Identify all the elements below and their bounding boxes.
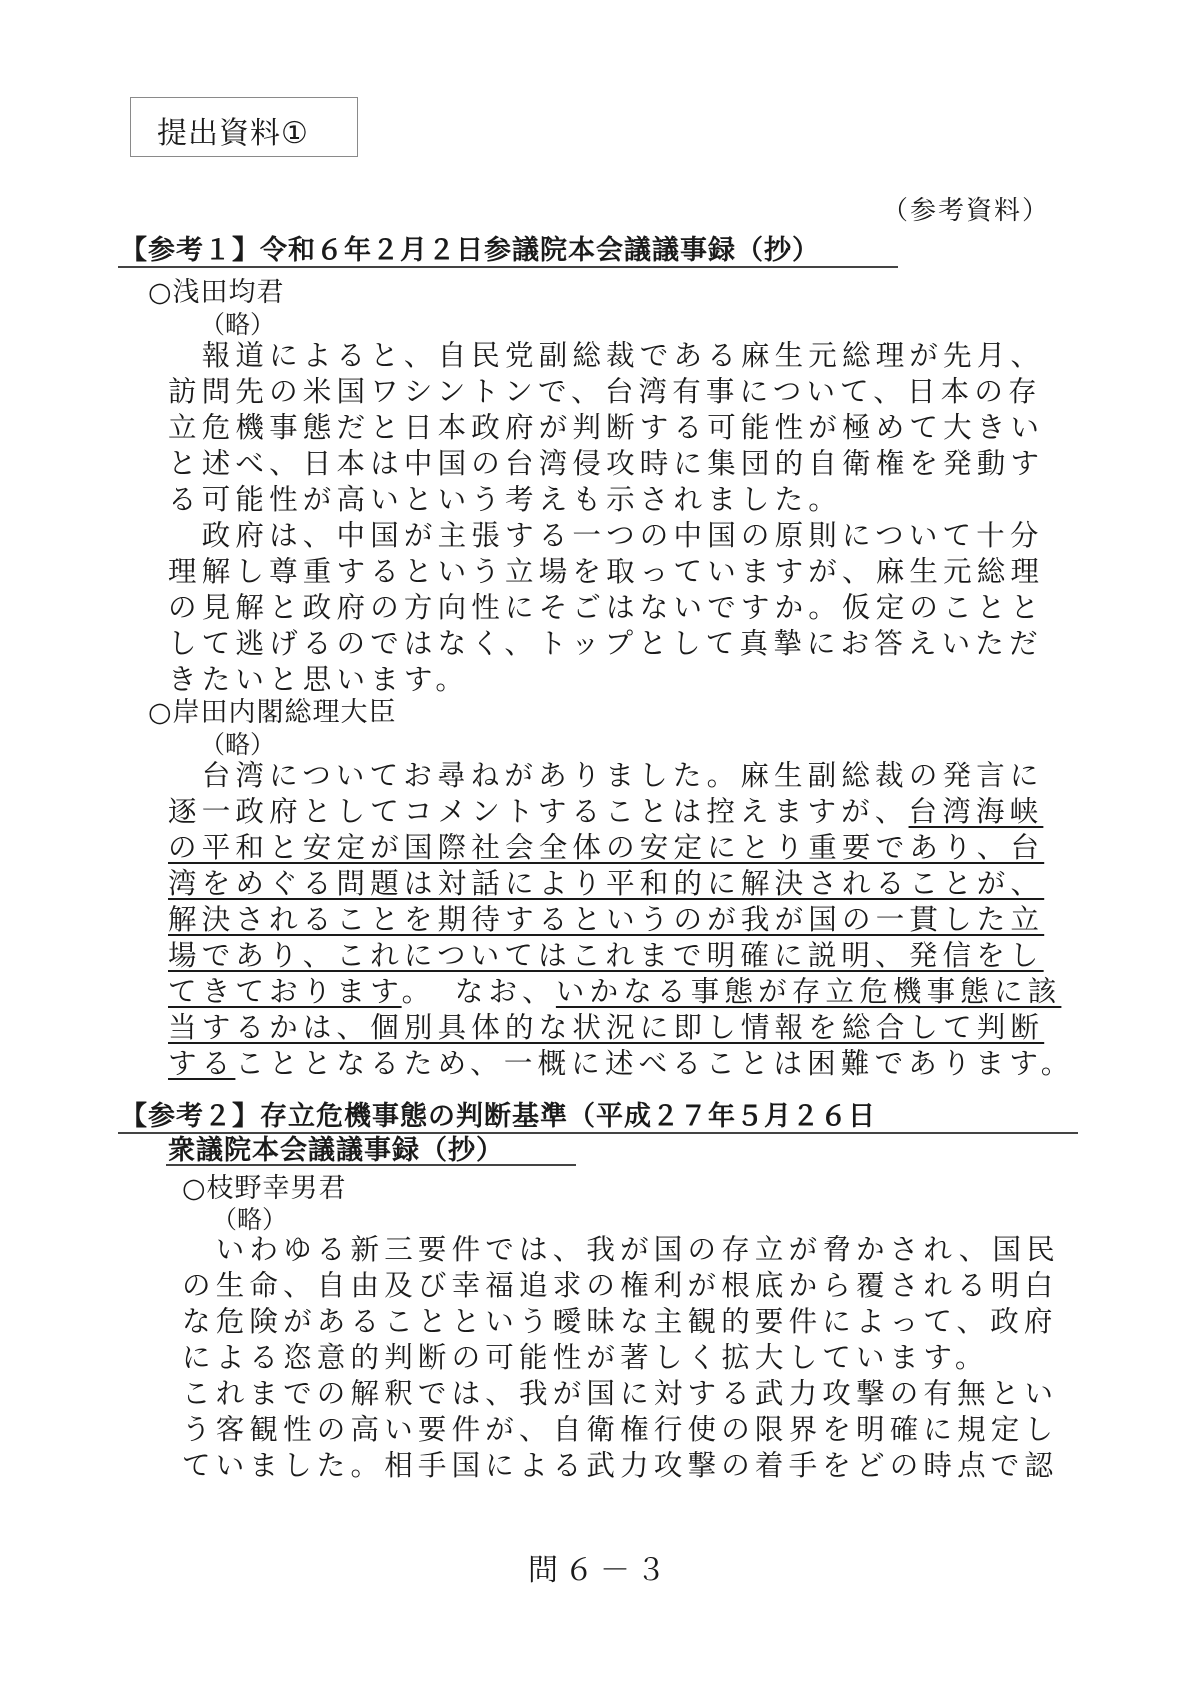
text-line: の見解と政府の方向性にそごはないですか。仮定のことと [168, 590, 1078, 626]
text-line: 逐一政府としてコメントすることは控えますが、台湾海峡 [168, 794, 1078, 830]
reference-note: （参考資料） [882, 190, 1050, 227]
text-span: 。 なお、 [402, 975, 556, 1008]
question-paragraph: 報道によると、自民党副総裁である麻生元総理が先月、 訪問先の米国ワシントンで、台… [168, 338, 1078, 698]
answer-paragraph: 台湾についてお尋ねがありました。麻生副総裁の発言に 逐一政府としてコメントするこ… [168, 758, 1078, 1082]
page-number: 問６－３ [0, 1545, 1200, 1589]
text-line: 訪問先の米国ワシントンで、台湾有事について、日本の存 [168, 374, 1078, 410]
omission-marker: （略） [200, 725, 275, 761]
text-line: することとなるため、一概に述べることは困難であります。 [168, 1046, 1078, 1082]
document-label-box: 提出資料① [130, 97, 358, 157]
text-line: 台湾についてお尋ねがありました。麻生副総裁の発言に [168, 758, 1078, 794]
underlined-text: 解決されることを期待するというのが我が国の一貫した立 [168, 903, 1044, 936]
section2-heading-line2: 衆議院本会議議事録（抄） [168, 1128, 504, 1167]
text-line: いわゆる新三要件では、我が国の存立が脅かされ、国民 [182, 1232, 1082, 1268]
underlined-text: 湾をめぐる問題は対話により平和的に解決されることが、 [168, 867, 1044, 900]
text-line: 立危機事態だと日本政府が判断する可能性が極めて大きい [168, 410, 1078, 446]
text-span: こととなるため、一概に述べることは困難であります。 [235, 1047, 1074, 1080]
underlined-text: 台湾海峡 [909, 795, 1044, 828]
text-line: と述べ、日本は中国の台湾侵攻時に集団的自衛権を発動す [168, 446, 1078, 482]
text-line: る可能性が高いという考えも示されました。 [168, 482, 1078, 518]
underlined-text: する [168, 1047, 235, 1080]
text-line: の平和と安定が国際社会全体の安定にとり重要であり、台 [168, 830, 1078, 866]
speaker-asada: ○浅田均君 [148, 270, 285, 309]
text-line: う客観性の高い要件が、自衛権行使の限界を明確に規定し [182, 1412, 1082, 1448]
speaker-kishida: ○岸田内閣総理大臣 [148, 690, 397, 729]
text-line: 理解し尊重するという立場を取っていますが、麻生元総理 [168, 554, 1078, 590]
document-label: 提出資料① [157, 108, 309, 152]
underlined-text: いかなる事態が存立危機事態に該 [556, 975, 1062, 1008]
text-span: 台湾についてお尋ねがありました。麻生副総裁の発言に [168, 759, 1044, 792]
text-line: 湾をめぐる問題は対話により平和的に解決されることが、 [168, 866, 1078, 902]
text-line: 報道によると、自民党副総裁である麻生元総理が先月、 [168, 338, 1078, 374]
text-line: てきております。 なお、いかなる事態が存立危機事態に該 [168, 974, 1078, 1010]
text-line: 当するかは、個別具体的な状況に即し情報を総合して判断 [168, 1010, 1078, 1046]
text-line: これまでの解釈では、我が国に対する武力攻撃の有無とい [182, 1376, 1082, 1412]
edano-paragraph: いわゆる新三要件では、我が国の存立が脅かされ、国民 の生命、自由及び幸福追求の権… [182, 1232, 1082, 1484]
text-line: による恣意的判断の可能性が著しく拡大しています。 [182, 1340, 1082, 1376]
underlined-text: の平和と安定が国際社会全体の安定にとり重要であり、台 [168, 831, 1044, 864]
section1-heading: 【参考１】令和６年２月２日参議院本会議議事録（抄） [120, 228, 820, 267]
omission-marker: （略） [200, 305, 275, 341]
underlined-text: 当するかは、個別具体的な状況に即し情報を総合して判断 [168, 1011, 1044, 1044]
text-line: ていました。相手国による武力攻撃の着手をどの時点で認 [182, 1448, 1082, 1484]
text-span: 逐一政府としてコメントすることは控えますが、 [168, 795, 909, 828]
underlined-text: 場であり、これについてはこれまで明確に説明、発信をし [168, 939, 1044, 972]
text-line: な危険があることという曖昧な主観的要件によって、政府 [182, 1304, 1082, 1340]
text-line: の生命、自由及び幸福追求の権利が根底から覆される明白 [182, 1268, 1082, 1304]
section1-heading-underline [118, 266, 898, 268]
text-line: して逃げるのではなく、トップとして真摯にお答えいただ [168, 626, 1078, 662]
text-line: 政府は、中国が主張する一つの中国の原則について十分 [168, 518, 1078, 554]
text-line: 場であり、これについてはこれまで明確に説明、発信をし [168, 938, 1078, 974]
omission-marker: （略） [212, 1200, 287, 1236]
underlined-text: てきております [168, 975, 402, 1008]
text-line: 解決されることを期待するというのが我が国の一貫した立 [168, 902, 1078, 938]
